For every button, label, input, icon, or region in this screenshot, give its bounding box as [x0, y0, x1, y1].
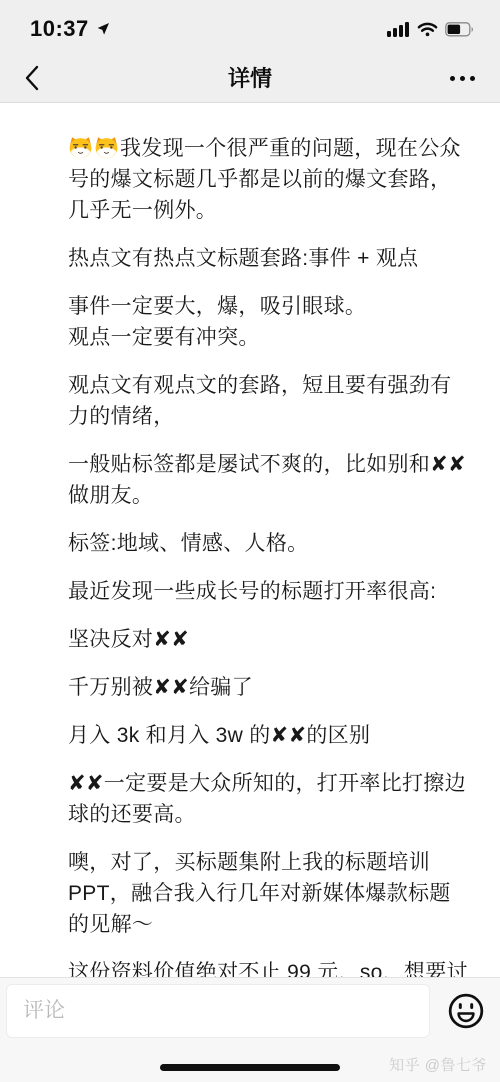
wifi-icon [417, 21, 438, 37]
nav-bar: 详情 [0, 52, 500, 103]
cellular-signal-icon [387, 21, 410, 37]
paragraph-text: 月入 3k 和月入 3w 的✘✘的区别 [68, 724, 370, 747]
content-paragraph: 一般贴标签都是屡试不爽的，比如别和✘✘做朋友。 [68, 449, 470, 511]
page-title: 详情 [0, 52, 500, 102]
paragraph-text: 一般贴标签都是屡试不爽的，比如别和✘✘做朋友。 [68, 453, 466, 507]
paragraph-text: 这份资料价值绝对不止 99 元，so，想要讨价改价者勿撩。 [68, 961, 468, 977]
dog-face-emoji-icon [68, 136, 93, 159]
paragraph-text: 千万别被✘✘给骗了 [68, 676, 253, 699]
content-paragraph: 最近发现一些成长号的标题打开率很高: [68, 576, 470, 607]
comment-input[interactable] [6, 984, 430, 1038]
article-body: 我发现一个很严重的问题，现在公众号的爆文标题几乎都是以前的爆文套路，几乎无一例外… [0, 104, 500, 977]
home-indicator-handle[interactable] [160, 1064, 340, 1071]
content-paragraph: 热点文有热点文标题套路:事件 + 观点 [68, 243, 470, 274]
ellipsis-icon [450, 76, 455, 81]
paragraph-text: 我发现一个很严重的问题，现在公众号的爆文标题几乎都是以前的爆文套路，几乎无一例外… [68, 137, 461, 222]
content-paragraph: 这份资料价值绝对不止 99 元，so，想要讨价改价者勿撩。 [68, 957, 470, 977]
paragraph-text: ✘✘一定要是大众所知的，打开率比打擦边球的还要高。 [68, 772, 466, 826]
content-paragraph: ✘✘一定要是大众所知的，打开率比打擦边球的还要高。 [68, 768, 470, 830]
status-bar: 10:37 [0, 0, 500, 52]
comment-bar: 知乎 @鲁七爷 [0, 977, 500, 1082]
paragraph-text: 噢，对了，买标题集附上我的标题培训 PPT，融合我入行几年对新媒体爆款标题的见解… [68, 851, 451, 936]
back-button[interactable] [16, 63, 46, 93]
smiley-icon [447, 992, 485, 1030]
paragraph-text: 热点文有热点文标题套路:事件 + 观点 [68, 247, 418, 270]
paragraph-text: 观点文有观点文的套路，短且要有强劲有力的情绪， [68, 374, 451, 428]
content-paragraph: 月入 3k 和月入 3w 的✘✘的区别 [68, 720, 470, 751]
paragraph-text: 事件一定要大，爆，吸引眼球。 观点一定要有冲突。 [68, 295, 366, 349]
dog-face-emoji-icon [94, 136, 119, 159]
content-paragraph: 我发现一个很严重的问题，现在公众号的爆文标题几乎都是以前的爆文套路，几乎无一例外… [68, 133, 470, 226]
emoji-button[interactable] [442, 987, 490, 1035]
content-paragraph: 千万别被✘✘给骗了 [68, 672, 470, 703]
status-time: 10:37 [30, 16, 89, 42]
more-button[interactable] [444, 63, 480, 93]
location-arrow-icon [95, 21, 111, 37]
watermark: 知乎 @鲁七爷 [389, 1054, 487, 1075]
content-paragraph: 坚决反对✘✘ [68, 624, 470, 655]
paragraph-text: 标签:地域、情感、人格。 [68, 532, 308, 555]
content-paragraph: 标签:地域、情感、人格。 [68, 528, 470, 559]
chevron-left-icon [24, 65, 39, 91]
content-paragraph: 噢，对了，买标题集附上我的标题培训 PPT，融合我入行几年对新媒体爆款标题的见解… [68, 847, 470, 940]
content-paragraph: 事件一定要大，爆，吸引眼球。 观点一定要有冲突。 [68, 291, 470, 353]
battery-icon [445, 22, 474, 37]
phone-screen: 10:37 [0, 0, 500, 1082]
paragraph-text: 最近发现一些成长号的标题打开率很高: [68, 580, 436, 603]
content-paragraph: 观点文有观点文的套路，短且要有强劲有力的情绪， [68, 370, 470, 432]
paragraph-text: 坚决反对✘✘ [68, 628, 189, 651]
